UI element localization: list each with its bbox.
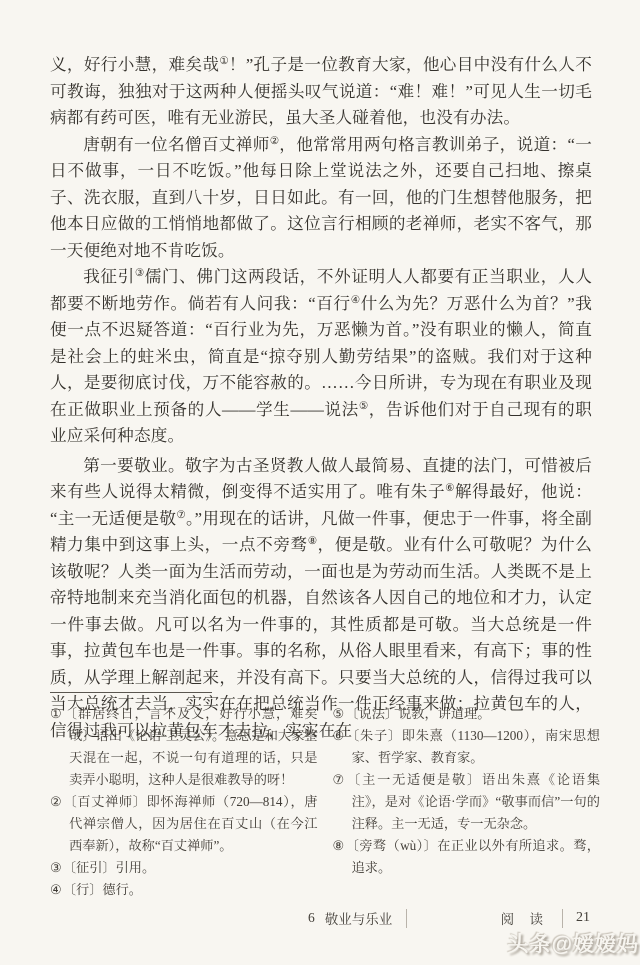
footnote-5: ⑤〔说法〕说教，讲道理。 (333, 703, 601, 725)
section-label: 阅 读 (501, 908, 549, 928)
paragraph-1: 义，好行小慧，难矣哉①！”孔子是一位教育大家，他心目中没有什么人不可教诲，独独对… (50, 52, 592, 132)
footnote-divider (50, 692, 212, 693)
paragraph-2: 唐朝有一位名僧百丈禅师②，他常常用两句格言教训弟子，说道：“一日不做事，一日不吃… (50, 132, 592, 265)
main-text: 义，好行小慧，难矣哉①！”孔子是一位教育大家，他心目中没有什么人不可教诲，独独对… (50, 52, 592, 744)
footnote-8: ⑧〔旁骛（wù）〕在正业以外有所追求。骛，追求。 (333, 835, 601, 879)
footnote-number: ⑤ (333, 706, 345, 721)
footnote-text: 〔征引〕引用。 (63, 860, 155, 875)
footnote-text: 〔说法〕说教，讲道理。 (345, 706, 490, 721)
footer-lesson: 6 敬业与乐业 (308, 908, 407, 928)
footnote-text: 〔旁骛（wù）〕在正业以外有所追求。骛，追求。 (346, 838, 600, 875)
footnote-3: ③〔征引〕引用。 (50, 857, 318, 879)
footnote-7: ⑦〔主一无适便是敬〕语出朱熹《论语集注》，是对《论语·学而》“敬事而信”一句的注… (333, 769, 601, 835)
lesson-number: 6 (308, 910, 315, 926)
footnote-2: ②〔百丈禅师〕即怀海禅师（720—814），唐代禅宗僧人，因为居住在百丈山（在今… (50, 791, 318, 857)
footer-divider-bar (562, 909, 563, 928)
footnote-4: ④〔行〕德行。 (50, 879, 318, 901)
footer-section: 阅 读 21 (501, 908, 590, 928)
footnote-text: 〔朱子〕即朱熹（1130—1200），南宋思想家、哲学家、教育家。 (346, 728, 600, 765)
watermark: 头条@嫒嫒妈 (508, 928, 639, 958)
footnote-text: 〔百丈禅师〕即怀海禅师（720—814），唐代禅宗僧人，因为居住在百丈山（在今江… (64, 794, 318, 853)
footnotes: ①〔群居终日，言不及义，好行小慧，难矣哉〕语出《论语·卫灵公》。意思是和大家整天… (50, 703, 600, 901)
footnote-text: 〔群居终日，言不及义，好行小慧，难矣哉〕语出《论语·卫灵公》。意思是和大家整天混… (64, 706, 318, 787)
footnote-text: 〔行〕德行。 (63, 882, 142, 897)
lesson-title: 敬业与乐业 (325, 908, 393, 928)
paragraph-3: 我征引③儒门、佛门这两段话，不外证明人人都要有正当职业，人人都要不断地劳作。倘若… (50, 264, 592, 450)
footnote-number: ② (50, 794, 63, 809)
footnote-column-left: ①〔群居终日，言不及义，好行小慧，难矣哉〕语出《论语·卫灵公》。意思是和大家整天… (50, 703, 318, 901)
footnote-number: ③ (50, 860, 62, 875)
footnote-1: ①〔群居终日，言不及义，好行小慧，难矣哉〕语出《论语·卫灵公》。意思是和大家整天… (50, 703, 318, 791)
footnote-number: ① (50, 706, 63, 721)
footnote-number: ⑧ (333, 838, 345, 853)
footnote-text: 〔主一无适便是敬〕语出朱熹《论语集注》，是对《论语·学而》“敬事而信”一句的注释… (347, 772, 600, 831)
paragraph-4: 第一要敬业。敬字为古圣贤教人做人最简易、直捷的法门，可惜被后来有些人说得太精微，… (50, 453, 592, 745)
footnote-number: ⑦ (333, 772, 347, 787)
page-number: 21 (576, 910, 590, 926)
footer-divider-bar (406, 909, 407, 928)
footnote-number: ⑥ (333, 728, 346, 743)
footnote-column-right: ⑤〔说法〕说教，讲道理。 ⑥〔朱子〕即朱熹（1130—1200），南宋思想家、哲… (333, 703, 601, 901)
textbook-page: 义，好行小慧，难矣哉①！”孔子是一位教育大家，他心目中没有什么人不可教诲，独独对… (0, 0, 640, 965)
footnote-6: ⑥〔朱子〕即朱熹（1130—1200），南宋思想家、哲学家、教育家。 (333, 725, 601, 769)
footnote-number: ④ (50, 882, 62, 897)
page-footer: 6 敬业与乐业 阅 读 21 (50, 908, 590, 928)
